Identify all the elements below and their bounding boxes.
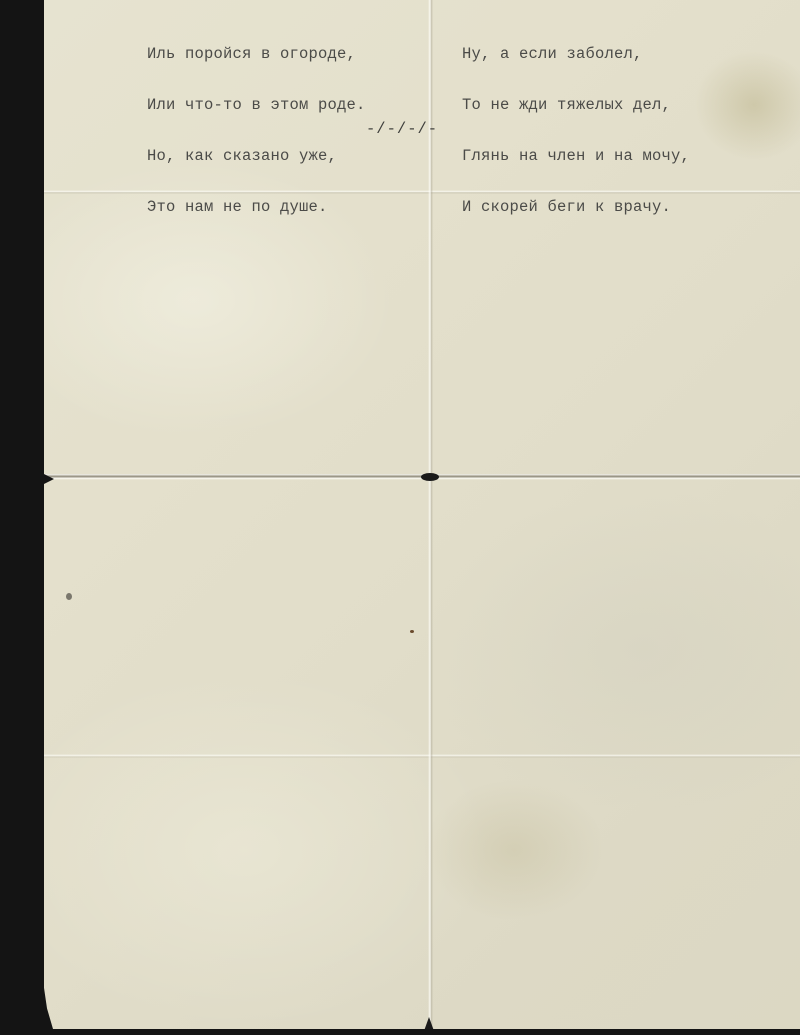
fold-line-vertical <box>428 0 433 1029</box>
verse-line: Или что-то в этом роде. <box>147 97 366 114</box>
right-stanza: Ну, а если заболел, То не жди тяжелых де… <box>462 12 690 250</box>
verse-line: Но, как сказано уже, <box>147 148 366 165</box>
verse-line: Ну, а если заболел, <box>462 46 690 63</box>
scan-background: Иль поройся в огороде, Или что-то в этом… <box>0 0 800 1035</box>
verse-line: То не жди тяжелых дел, <box>462 97 690 114</box>
left-stanza: Иль поройся в огороде, Или что-то в этом… <box>147 12 366 250</box>
stain-spot <box>410 630 414 633</box>
verse-line: И скорей беги к врачу. <box>462 199 690 216</box>
fold-line-lower <box>44 754 800 758</box>
paper-sheet: Иль поройся в огороде, Или что-то в этом… <box>44 0 800 1029</box>
verse-line: Иль поройся в огороде, <box>147 46 366 63</box>
verse-line: Глянь на член и на мочу, <box>462 148 690 165</box>
verse-line: Это нам не по душе. <box>147 199 366 216</box>
section-separator: -/-/-/- <box>366 120 438 138</box>
stain-spot <box>66 593 72 600</box>
fold-hole <box>421 473 439 481</box>
